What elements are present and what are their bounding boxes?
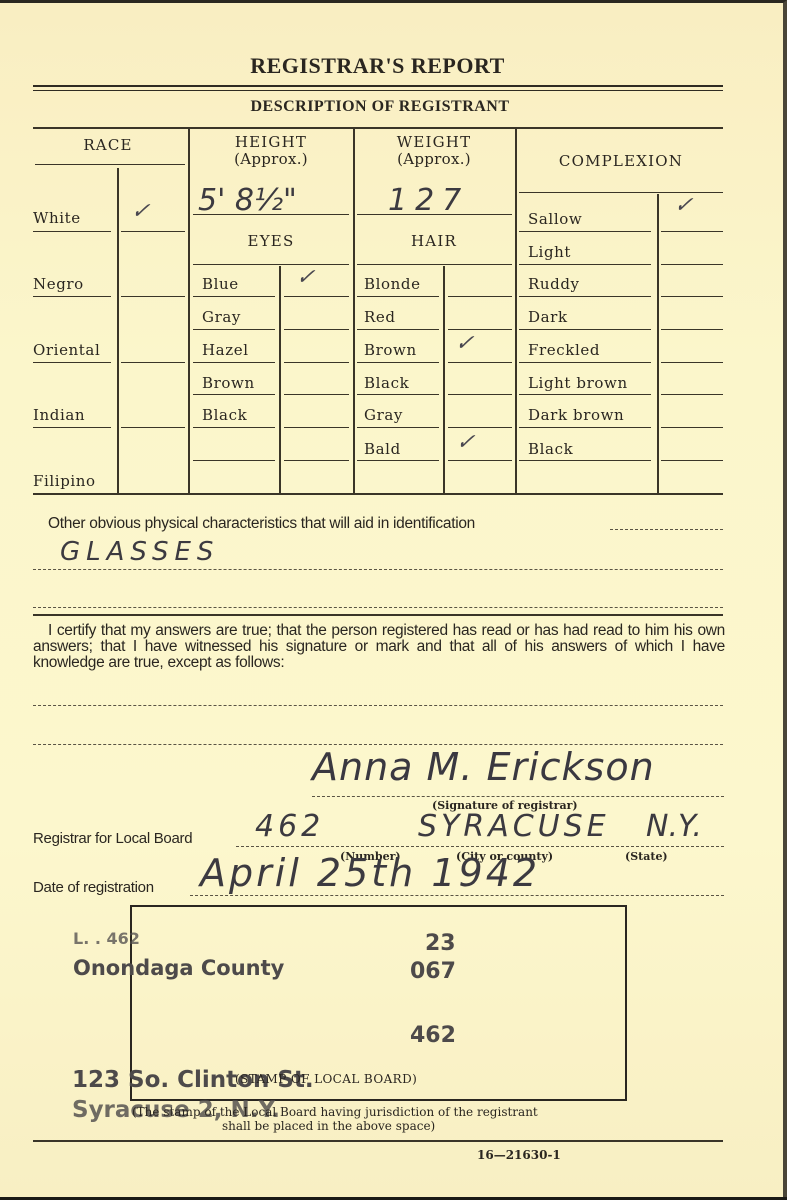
race-option-filipino: Filipino xyxy=(33,472,96,490)
stamp-number-3: 462 xyxy=(410,1023,456,1048)
rule xyxy=(661,362,723,363)
height-value: 5' 8½" xyxy=(198,183,297,218)
rule xyxy=(519,296,651,297)
dotted-line xyxy=(33,607,723,608)
complexion-option-dark-brown: Dark brown xyxy=(528,406,624,424)
local-board-state: N.Y. xyxy=(646,809,702,844)
checkmark-icon: ✓ xyxy=(452,331,480,356)
rule xyxy=(661,394,723,395)
divider xyxy=(515,129,517,493)
rule xyxy=(519,460,651,461)
hair-option-black: Black xyxy=(364,374,409,392)
stamp-instructions-line-2: shall be placed in the above space) xyxy=(222,1119,435,1133)
rule xyxy=(357,214,512,215)
complexion-option-black: Black xyxy=(528,440,573,458)
dotted-line xyxy=(236,846,724,847)
rule xyxy=(121,296,185,297)
stamp-partial-line: L. . 462 xyxy=(73,929,140,948)
section-rule xyxy=(33,614,723,616)
complexion-header: COMPLEXION xyxy=(517,153,725,170)
rule xyxy=(448,329,512,330)
dotted-line xyxy=(33,569,723,570)
registrar-signature: Anna M. Erickson xyxy=(312,745,655,789)
race-option-negro: Negro xyxy=(33,275,84,293)
certification-text-body: I certify that my answers are true; that… xyxy=(33,622,725,671)
complexion-option-dark: Dark xyxy=(528,308,568,326)
title-rule-bottom xyxy=(33,90,723,91)
checkmark-icon: ✓ xyxy=(453,430,481,455)
dotted-line xyxy=(33,705,723,706)
rule xyxy=(519,427,651,428)
rule xyxy=(33,362,111,363)
rule xyxy=(35,164,185,165)
rule xyxy=(193,362,275,363)
rule xyxy=(519,362,651,363)
rule xyxy=(193,296,275,297)
complexion-option-sallow: Sallow xyxy=(528,210,582,228)
rule xyxy=(284,329,349,330)
eyes-option-brown: Brown xyxy=(202,374,255,392)
hair-option-red: Red xyxy=(364,308,396,326)
dotted-line xyxy=(190,895,724,896)
eyes-option-gray: Gray xyxy=(202,308,241,326)
rule xyxy=(193,460,275,461)
race-header: RACE xyxy=(33,137,183,154)
race-option-indian: Indian xyxy=(33,406,85,424)
height-approx: (Approx.) xyxy=(190,151,352,168)
local-board-number: 462 xyxy=(255,809,324,844)
rule xyxy=(284,362,349,363)
rule xyxy=(284,427,349,428)
certification-text: I certify that my answers are true; that… xyxy=(33,623,725,671)
height-header: HEIGHT xyxy=(190,134,352,151)
rule xyxy=(284,296,349,297)
rule xyxy=(661,460,723,461)
other-characteristics-value: GLASSES xyxy=(60,537,219,567)
weight-approx: (Approx.) xyxy=(355,151,513,168)
rule xyxy=(357,329,439,330)
rule xyxy=(357,296,439,297)
weight-header: WEIGHT xyxy=(355,134,513,151)
stamp-number-1: 23 xyxy=(425,931,456,956)
race-white-checkbox-line xyxy=(121,231,185,232)
race-option-oriental: Oriental xyxy=(33,341,100,359)
checkmark-icon: ✓ xyxy=(671,193,699,218)
rule xyxy=(33,296,111,297)
rule xyxy=(519,264,651,265)
rule xyxy=(519,231,651,232)
divider xyxy=(353,129,355,493)
checkmark-icon: ✓ xyxy=(293,265,321,290)
date-of-registration-label: Date of registration xyxy=(33,879,154,896)
divider xyxy=(657,194,659,493)
dotted-line xyxy=(610,529,723,530)
race-option-white: White xyxy=(33,209,81,227)
rule xyxy=(357,427,439,428)
complexion-option-light-brown: Light brown xyxy=(528,374,628,392)
checkmark-icon: ✓ xyxy=(128,199,156,224)
table-top-rule xyxy=(33,127,723,129)
local-board-label: Registrar for Local Board xyxy=(33,830,192,847)
rule xyxy=(357,264,512,265)
rule xyxy=(448,427,512,428)
rule xyxy=(661,329,723,330)
hair-header: HAIR xyxy=(355,233,513,250)
stamp-box-caption: (STAMP OF LOCAL BOARD) xyxy=(235,1072,417,1086)
rule xyxy=(448,296,512,297)
rule xyxy=(121,427,185,428)
rule xyxy=(357,394,439,395)
section-title: DESCRIPTION OF REGISTRANT xyxy=(0,98,760,116)
local-board-state-caption: (State) xyxy=(625,850,668,863)
eyes-option-hazel: Hazel xyxy=(202,341,249,359)
local-board-city: SYRACUSE xyxy=(418,809,610,844)
hair-option-blonde: Blonde xyxy=(364,275,421,293)
divider xyxy=(188,129,190,493)
hair-option-bald: Bald xyxy=(364,440,401,458)
hair-option-brown: Brown xyxy=(364,341,417,359)
rule xyxy=(661,231,723,232)
divider xyxy=(117,168,119,493)
rule xyxy=(661,264,723,265)
rule xyxy=(519,394,651,395)
eyes-header: EYES xyxy=(190,233,352,250)
stamp-county: Onondaga County xyxy=(73,956,284,980)
rule xyxy=(33,231,111,232)
form-number: 16—21630-1 xyxy=(477,1148,561,1162)
weight-value: 127 xyxy=(388,183,469,218)
rule xyxy=(193,214,349,215)
dotted-line xyxy=(312,796,724,797)
rule xyxy=(33,427,111,428)
stamp-number-2: 067 xyxy=(410,959,456,984)
divider xyxy=(279,266,281,493)
hair-option-gray: Gray xyxy=(364,406,403,424)
registrar-report-card: REGISTRAR'S REPORT DESCRIPTION OF REGIST… xyxy=(0,0,787,1197)
complexion-option-freckled: Freckled xyxy=(528,341,600,359)
document-title: REGISTRAR'S REPORT xyxy=(0,53,755,79)
rule xyxy=(357,362,439,363)
other-characteristics-label: Other obvious physical characteristics t… xyxy=(48,515,475,533)
rule xyxy=(284,460,349,461)
stamp-instructions-line-1: (The stamp of the Local Board having jur… xyxy=(132,1105,538,1119)
title-rule-top xyxy=(33,85,723,87)
rule xyxy=(357,460,439,461)
rule xyxy=(284,394,349,395)
eyes-option-blue: Blue xyxy=(202,275,239,293)
complexion-option-ruddy: Ruddy xyxy=(528,275,580,293)
eyes-option-black: Black xyxy=(202,406,247,424)
rule xyxy=(193,427,275,428)
complexion-option-light: Light xyxy=(528,243,571,261)
rule xyxy=(519,329,651,330)
divider xyxy=(443,266,445,493)
table-bottom-rule xyxy=(33,493,723,495)
rule xyxy=(193,329,275,330)
rule xyxy=(193,264,349,265)
rule xyxy=(193,394,275,395)
rule xyxy=(448,394,512,395)
rule xyxy=(448,362,512,363)
rule xyxy=(121,362,185,363)
rule xyxy=(661,296,723,297)
rule xyxy=(448,460,512,461)
footer-rule xyxy=(33,1140,723,1142)
rule xyxy=(661,427,723,428)
date-of-registration-value: April 25th 1942 xyxy=(200,851,540,895)
